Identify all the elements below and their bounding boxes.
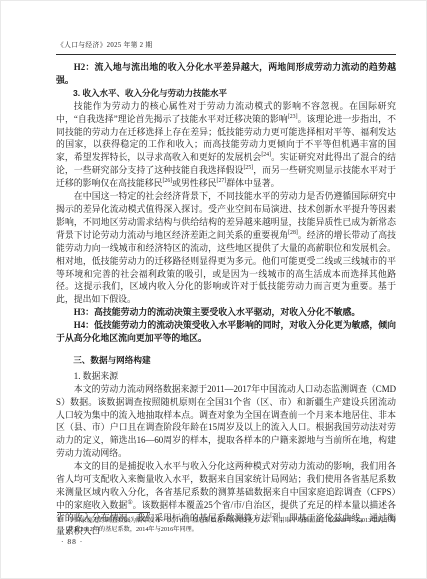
subheading: 3. 收入水平、收入分化与劳动力技能水平 [56,87,396,100]
text-run: 或男性移民 [172,178,216,188]
text-run: 1. 数据来源 [74,371,118,381]
journal-page: 《人口与经济》2025 年第 2 期 H2：流入地与流出地的收入分化水平差异越大… [0,0,427,579]
subheading2: 1. 数据来源 [56,370,396,383]
text-run: 本文的劳动力流动网络数据来源于2011—2017年中国流动人口动态监测调查（CM… [56,384,396,459]
text-run: H3：高技能劳动力的流动决策主要受收入水平驱动，对收入分化不敏感。 [74,307,360,317]
citation-marker: [28] [288,230,298,236]
paragraph: 本文的劳动力流动网络数据来源于2011—2017年中国流动人口动态监测调查（CM… [56,383,396,460]
hypothesis: H3：高技能劳动力的流动决策主要受收入水平驱动，对收入分化不敏感。 [56,306,396,319]
text-run: 三、数据与网络构建 [73,355,150,365]
citation-marker: [27] [217,178,227,184]
citation-marker: [23] [288,114,298,120]
footnote: ① 中国家庭追踪调查数据为隔年发布一次，由于基尼系数在年份间变化不大，利用取平均… [57,517,396,535]
paragraph: 在中国这一特定的社会经济背景下，不同技能水平的劳动力是否仍遵循国际研究中揭示的差… [56,190,396,306]
page-number: · 88 · [61,537,83,546]
text-run: H2：流入地与流出地的收入分化水平差异越大，两地间形成劳动力流动的趋势越强。 [56,62,396,85]
header-rule [56,54,396,55]
hypothesis: H2：流入地与流出地的收入分化水平差异越大，两地间形成劳动力流动的趋势越强。 [56,61,396,87]
text-run: 群体中显著。 [226,178,279,188]
citation-marker: [24] [261,152,271,158]
citation-marker: [25] [243,165,253,171]
footnote-text: 中国家庭追踪调查数据为隔年发布一次，由于基尼系数在年份间变化不大，利用取平均插值… [68,517,396,535]
hypothesis: H4：低技能劳动力的流动决策受收入水平影响的同时，对收入分化更为敏感，倾向于从高… [56,319,396,345]
citation-marker: [26] [163,178,173,184]
paragraph: 技能作为劳动力的核心属性对于劳动力流动模式的影响不容忽视。在国际研究中，“自我选… [56,100,396,190]
text-run: 。经济的增长带动了高技能劳动力向一线城市和经济特区的流动，这些地区提供了大量的高… [56,230,396,305]
running-head: 《人口与经济》2025 年第 2 期 [57,39,152,49]
heading: 三、数据与网络构建 [56,354,396,367]
footnote-separator [57,512,150,513]
article-body: H2：流入地与流出地的收入分化水平差异越大，两地间形成劳动力流动的趋势越强。3.… [56,61,396,538]
footnote-marker: ① [57,517,68,526]
text-run: 3. 收入水平、收入分化与劳动力技能水平 [73,88,227,98]
text-run: H4：低技能劳动力的流动决策受收入水平影响的同时，对收入分化更为敏感，倾向于从高… [56,320,396,343]
